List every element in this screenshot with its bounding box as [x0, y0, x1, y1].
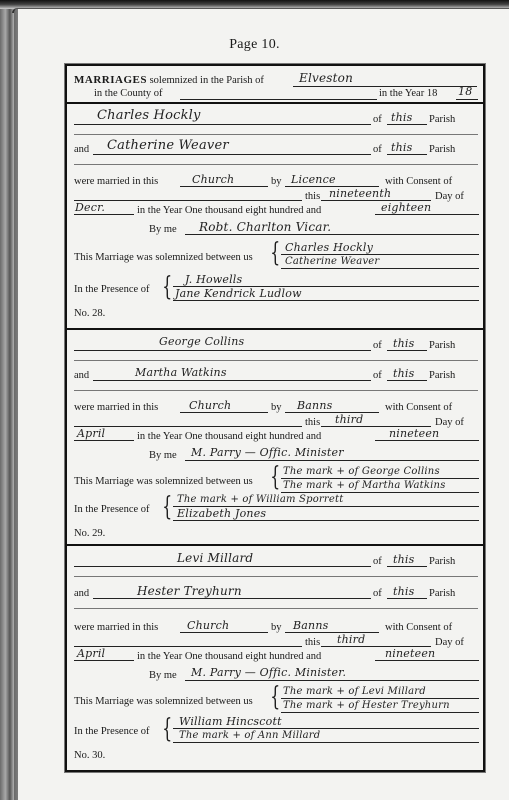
- by-rule: [285, 412, 379, 413]
- by-me-label: By me: [149, 670, 177, 682]
- signature-2: Catherine Weaver: [285, 256, 379, 268]
- page-number: Page 10.: [0, 37, 509, 53]
- divider: [74, 390, 478, 391]
- county-label: in the County of: [94, 88, 163, 100]
- signature-1: Charles Hockly: [285, 242, 373, 254]
- this-label: this: [305, 191, 320, 203]
- year-label: in the Year 18: [379, 88, 437, 100]
- bride-parish: this: [393, 368, 414, 380]
- bride-rule: [93, 154, 371, 155]
- signature-rule: [281, 268, 479, 269]
- parish-name: Elveston: [299, 72, 353, 84]
- presence-label: In the Presence of: [74, 284, 150, 296]
- married-in-label: were married in this: [74, 622, 158, 634]
- place-rule: [180, 632, 268, 633]
- groom-parish-rule: [387, 124, 427, 125]
- of-label: of: [373, 588, 382, 600]
- presence-label: In the Presence of: [74, 726, 150, 738]
- in-year-label: in the Year One thousand eight hundred a…: [137, 431, 321, 443]
- and-label: and: [74, 144, 89, 156]
- page-curl: [12, 8, 509, 13]
- bride-parish-rule: [387, 598, 427, 599]
- witness-1: The mark + of William Sporrett: [177, 494, 343, 506]
- header-title: MARRIAGES solemnized in the Parish of: [74, 74, 264, 87]
- entry-number: No. 29.: [74, 528, 105, 540]
- by-label: by: [271, 622, 282, 634]
- parish-label: Parish: [429, 340, 455, 352]
- signature-2: The mark + of Martha Watkins: [283, 480, 446, 492]
- witness-1: William Hincscott: [179, 716, 282, 728]
- marriage-place: Church: [192, 174, 234, 186]
- of-label: of: [373, 370, 382, 382]
- year-words-rule: [375, 440, 479, 441]
- header-title-rest: solemnized in the Parish of: [150, 75, 264, 86]
- bride-rule: [93, 598, 371, 599]
- register-header: MARRIAGES solemnized in the Parish of El…: [67, 66, 483, 104]
- marriage-day: third: [335, 414, 363, 426]
- married-in-label: were married in this: [74, 402, 158, 414]
- officiant-rule: [185, 460, 479, 461]
- of-label: of: [373, 340, 382, 352]
- divider: [74, 608, 478, 609]
- marriage-register: MARRIAGES solemnized in the Parish of El…: [65, 64, 485, 772]
- marriage-by: Banns: [293, 620, 328, 632]
- month-rule: [74, 214, 134, 215]
- witness-2: The mark + of Ann Millard: [179, 730, 320, 742]
- brace: {: [162, 494, 172, 520]
- married-in-label: were married in this: [74, 176, 158, 188]
- signature-1: The mark + of Levi Millard: [283, 686, 426, 698]
- consent-rule: [74, 426, 302, 427]
- of-label: of: [373, 556, 382, 568]
- witness-2: Jane Kendrick Ludlow: [175, 288, 302, 300]
- marriage-place: Church: [189, 400, 231, 412]
- signature-2: The mark + of Hester Treyhurn: [283, 700, 450, 712]
- consent-rule: [74, 200, 302, 201]
- marriage-day: nineteenth: [329, 188, 391, 200]
- entry-number: No. 30.: [74, 750, 105, 762]
- consent-label: with Consent of: [385, 622, 452, 634]
- marriage-month: Decr.: [75, 202, 105, 214]
- solemnized-label: This Marriage was solemnized between us: [74, 696, 253, 708]
- bride-parish: this: [393, 586, 414, 598]
- marriage-year-words: eighteen: [381, 202, 431, 214]
- officiant: Robt. Charlton Vicar.: [199, 221, 331, 233]
- groom-parish: this: [391, 112, 412, 124]
- bride-name: Hester Treyhurn: [137, 585, 242, 597]
- brace: {: [270, 464, 280, 490]
- year-suffix: 18: [458, 86, 472, 98]
- marriage-entry-28: Charles Hockly of this Parish and Cather…: [67, 104, 483, 326]
- officiant-rule: [185, 680, 479, 681]
- of-label: of: [373, 114, 382, 126]
- bride-rule: [93, 380, 371, 381]
- by-label: by: [271, 176, 282, 188]
- presence-label: In the Presence of: [74, 504, 150, 516]
- consent-label: with Consent of: [385, 402, 452, 414]
- divider: [74, 576, 478, 577]
- signature-rule: [281, 254, 479, 255]
- parish-label: Parish: [429, 370, 455, 382]
- groom-rule: [74, 124, 371, 125]
- marriage-by: Licence: [291, 174, 336, 186]
- marriage-month: April: [77, 428, 105, 440]
- solemnized-label: This Marriage was solemnized between us: [74, 252, 253, 264]
- groom-rule: [74, 566, 371, 567]
- divider: [74, 134, 478, 135]
- parish-label: Parish: [429, 588, 455, 600]
- officiant-rule: [185, 234, 479, 235]
- bride-parish-rule: [387, 154, 427, 155]
- entry-number: No. 28.: [74, 308, 105, 320]
- brace: {: [270, 240, 280, 266]
- consent-label: with Consent of: [385, 176, 452, 188]
- parish-label: Parish: [429, 114, 455, 126]
- witness-rule: [173, 742, 479, 743]
- marriage-entry-29: George Collins of this Parish and Martha…: [67, 330, 483, 540]
- witness-1: J. Howells: [185, 274, 242, 286]
- groom-parish: this: [393, 338, 414, 350]
- marriage-by: Banns: [297, 400, 332, 412]
- in-year-label: in the Year One thousand eight hundred a…: [137, 205, 321, 217]
- year-rule: [456, 99, 478, 100]
- groom-name: Levi Millard: [177, 552, 253, 564]
- day-of-label: Day of: [435, 637, 464, 649]
- marriage-place: Church: [187, 620, 229, 632]
- month-rule: [74, 660, 134, 661]
- bride-parish: this: [391, 142, 412, 154]
- solemnized-label: This Marriage was solemnized between us: [74, 476, 253, 488]
- year-words-rule: [375, 214, 479, 215]
- bride-name: Martha Watkins: [135, 367, 227, 379]
- officiant: M. Parry — Offic. Minister: [191, 447, 344, 459]
- county-rule: [180, 99, 377, 100]
- witness-rule: [173, 520, 479, 521]
- groom-parish: this: [393, 554, 414, 566]
- signature-rule: [281, 492, 479, 493]
- of-label: of: [373, 144, 382, 156]
- this-label: this: [305, 637, 320, 649]
- bride-name: Catherine Weaver: [107, 140, 229, 152]
- by-me-label: By me: [149, 450, 177, 462]
- divider: [74, 360, 478, 361]
- brace: {: [162, 274, 172, 300]
- bride-parish-rule: [387, 380, 427, 381]
- marriage-entry-30: Levi Millard of this Parish and Hester T…: [67, 546, 483, 768]
- and-label: and: [74, 370, 89, 382]
- marriage-year-words: nineteen: [389, 428, 439, 440]
- by-label: by: [271, 402, 282, 414]
- marriage-month: April: [77, 648, 105, 660]
- parish-rule: [293, 86, 477, 87]
- parish-label: Parish: [429, 144, 455, 156]
- and-label: and: [74, 588, 89, 600]
- witness-rule: [173, 300, 479, 301]
- brace: {: [270, 684, 280, 710]
- this-label: this: [305, 417, 320, 429]
- brace: {: [162, 716, 172, 742]
- binding-edge: [14, 8, 18, 800]
- signature-rule: [281, 712, 479, 713]
- witness-rule: [173, 728, 479, 729]
- place-rule: [180, 186, 268, 187]
- day-of-label: Day of: [435, 417, 464, 429]
- month-rule: [74, 440, 134, 441]
- witness-2: Elizabeth Jones: [177, 508, 266, 520]
- consent-rule: [74, 646, 302, 647]
- officiant: M. Parry — Offic. Minister.: [191, 667, 346, 679]
- signature-rule: [281, 698, 479, 699]
- signature-rule: [281, 478, 479, 479]
- marriage-day: third: [337, 634, 365, 646]
- year-words-rule: [375, 660, 479, 661]
- marriage-year-words: nineteen: [385, 648, 435, 660]
- in-year-label: in the Year One thousand eight hundred a…: [137, 651, 321, 663]
- signature-1: The mark + of George Collins: [283, 466, 440, 478]
- groom-rule: [74, 350, 371, 351]
- parish-label: Parish: [429, 556, 455, 568]
- by-me-label: By me: [149, 224, 177, 236]
- divider: [74, 164, 478, 165]
- day-of-label: Day of: [435, 191, 464, 203]
- groom-name: Charles Hockly: [97, 110, 201, 122]
- groom-parish-rule: [387, 566, 427, 567]
- header-title-caps: MARRIAGES: [74, 74, 147, 86]
- groom-name: George Collins: [159, 336, 244, 348]
- place-rule: [180, 412, 268, 413]
- groom-parish-rule: [387, 350, 427, 351]
